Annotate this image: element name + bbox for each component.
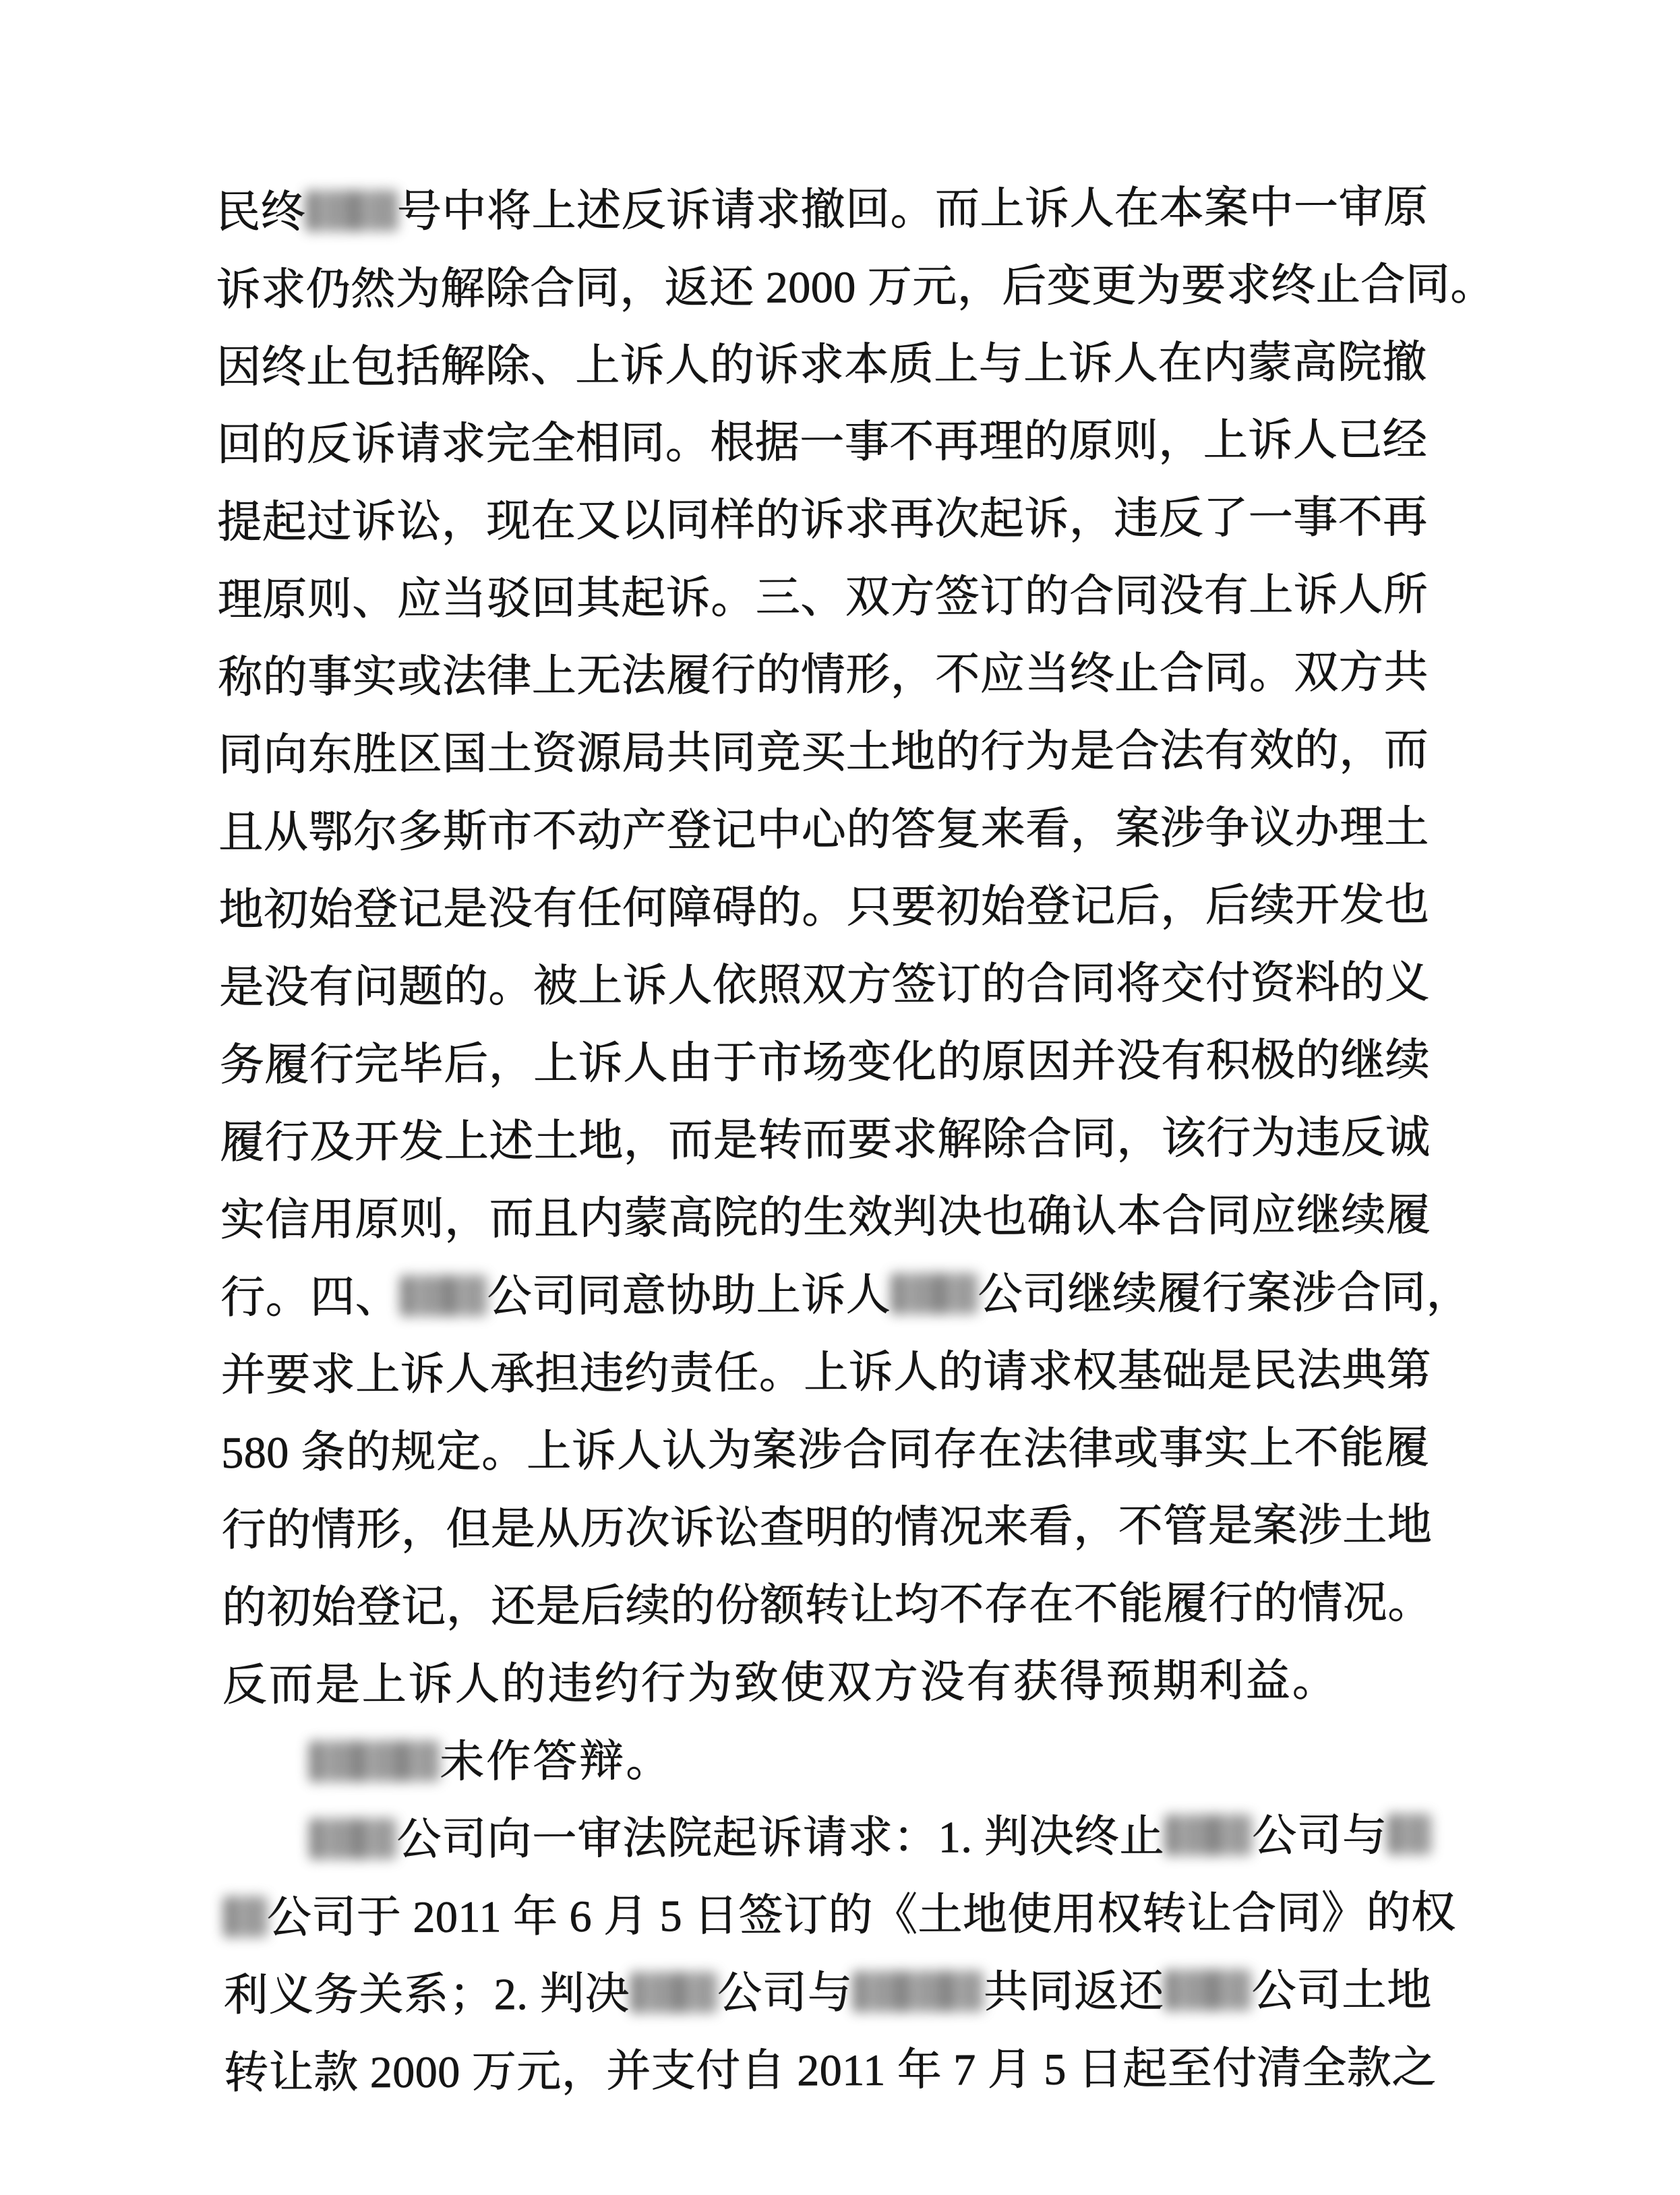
text-segment: 公司同意协助上诉人: [487, 1271, 891, 1322]
text-segment: 务履行完毕后，上诉人由于市场变化的原因并没有积极的继续: [220, 1035, 1431, 1090]
redaction-blur: [305, 190, 397, 231]
redaction-blur: [630, 1972, 717, 2013]
text-line: 并要求上诉人承担违约责任。上诉人的请求权基础是民法典第: [221, 1331, 1429, 1414]
text-line: 提起过诉讼，现在又以同样的诉求再次起诉，违反了一事不再: [217, 479, 1425, 562]
text-segment: 实信用原则，而且内蒙高院的生效判决也确认本合同应继续履: [220, 1191, 1431, 1245]
redaction-blur: [223, 1896, 267, 1937]
text-line: 称的事实或法律上无法履行的情形，不应当终止合同。双方共: [218, 634, 1426, 717]
text-segment: 并要求上诉人承担违约责任。上诉人的请求权基础是民法典第: [221, 1346, 1432, 1400]
redaction-blur: [309, 1740, 440, 1782]
redaction-blur: [400, 1275, 487, 1316]
text-segment: 的初始登记，还是后续的份额转让均不存在不能履行的情况。: [222, 1578, 1433, 1633]
text-segment: 履行及开发上述土地，而是转而要求解除合同，该行为违反诚: [220, 1113, 1431, 1168]
text-line: 利义务关系；2. 判决公司与共同返还公司土地: [224, 1952, 1432, 2035]
text-segment: 公司土地: [1251, 1966, 1432, 2016]
text-segment: 因终止包括解除、上诉人的诉求本质上与上诉人在内蒙高院撤: [216, 338, 1427, 392]
text-segment: 580 条的规定。上诉人认为案涉合同存在法律或事实上不能履: [221, 1423, 1429, 1478]
text-line: 诉求仍然为解除合同，返还 2000 万元，后变更为要求终止合同。: [216, 246, 1424, 329]
text-segment: 公司与: [1252, 1811, 1388, 1861]
text-segment: 同向东胜区国土资源局共同竞买土地的行为是合法有效的，而: [218, 725, 1429, 780]
text-line: 公司向一审法院起诉请求：1. 判决终止公司与: [223, 1797, 1431, 1880]
text-segment: 公司继续履行案涉合同，: [978, 1268, 1471, 1319]
text-line: 转让款 2000 万元，并支付自 2011 年 7 月 5 日起至付清全款之: [224, 2029, 1432, 2112]
text-segment: 共同返还: [984, 1967, 1164, 2017]
text-segment: 行。四、: [220, 1273, 400, 1323]
text-segment: 公司向一审法院起诉请求：1. 判决终止: [396, 1812, 1165, 1865]
text-segment: 反而是上诉人的违约行为致使双方没有获得预期利益。: [222, 1656, 1339, 1710]
text-segment: 利义务关系；2. 判决: [224, 1969, 630, 2020]
text-line: 履行及开发上述土地，而是转而要求解除合同，该行为违反诚: [220, 1099, 1428, 1182]
text-line: 实信用原则，而且内蒙高院的生效判决也确认本合同应继续履: [220, 1176, 1429, 1259]
text-segment: 转让款 2000 万元，并支付自 2011 年 7 月 5 日起至付清全款之: [224, 2043, 1437, 2098]
text-line: 580 条的规定。上诉人认为案涉合同存在法律或事实上不能履: [221, 1409, 1429, 1492]
text-segment: 号中将上述反诉请求撤回。而上诉人在本案中一审原: [397, 183, 1429, 237]
text-line: 是没有问题的。被上诉人依照双方签订的合同将交付资料的义: [219, 944, 1427, 1027]
document-page: 民终号中将上述反诉请求撤回。而上诉人在本案中一审原诉求仍然为解除合同，返还 20…: [0, 0, 1680, 2195]
text-segment: 回的反诉请求完全相同。根据一事不再理的原则，上诉人已经: [217, 415, 1428, 470]
text-segment: 提起过诉讼，现在又以同样的诉求再次起诉，违反了一事不再: [217, 493, 1428, 547]
text-segment: 理原则、应当驳回其起诉。三、双方签订的合同没有上诉人所: [218, 570, 1429, 625]
redaction-blur: [1164, 1969, 1252, 2010]
text-segment: 称的事实或法律上无法履行的情形，不应当终止合同。双方共: [218, 648, 1429, 702]
text-line: 未作答辩。: [222, 1719, 1431, 1802]
redaction-blur: [309, 1818, 397, 1859]
text-line: 回的反诉请求完全相同。根据一事不再理的原则，上诉人已经: [217, 401, 1425, 484]
redaction-blur: [1164, 1814, 1252, 1855]
redaction-blur: [891, 1273, 978, 1314]
text-line: 反而是上诉人的违约行为致使双方没有获得预期利益。: [222, 1642, 1431, 1724]
text-segment: 公司与: [717, 1968, 853, 2018]
text-segment: 未作答辩。: [440, 1737, 672, 1787]
text-segment: 且从鄂尔多斯市不动产登记中心的答复来看，案涉争议办理土: [218, 803, 1429, 858]
text-line: 行的情形，但是从历次诉讼查明的情况来看，不管是案涉土地: [222, 1486, 1430, 1569]
text-segment: 诉求仍然为解除合同，返还 2000 万元，后变更为要求终止合同。: [216, 260, 1495, 315]
text-line: 同向东胜区国土资源局共同竞买土地的行为是合法有效的，而: [218, 711, 1427, 794]
text-line: 的初始登记，还是后续的份额转让均不存在不能履行的情况。: [222, 1564, 1430, 1647]
text-segment: 地初始登记是没有任何障碍的。只要初始登记后，后续开发也: [219, 880, 1430, 935]
text-segment: 是没有问题的。被上诉人依照双方签订的合同将交付资料的义: [219, 958, 1430, 1013]
text-line: 公司于 2011 年 6 月 5 日签订的《土地使用权转让合同》的权: [223, 1874, 1431, 1957]
text-line: 民终号中将上述反诉请求撤回。而上诉人在本案中一审原: [216, 169, 1424, 251]
text-segment: 公司于 2011 年 6 月 5 日签订的《土地使用权转让合同》的权: [267, 1888, 1456, 1943]
text-line: 务履行完毕后，上诉人由于市场变化的原因并没有积极的继续: [220, 1021, 1428, 1104]
text-line: 地初始登记是没有任何障碍的。只要初始登记后，后续开发也: [219, 866, 1427, 949]
text-line: 且从鄂尔多斯市不动产登记中心的答复来看，案涉争议办理土: [218, 789, 1427, 872]
text-line: 因终止包括解除、上诉人的诉求本质上与上诉人在内蒙高院撤: [216, 324, 1424, 407]
text-line: 行。四、公司同意协助上诉人公司继续履行案涉合同，: [220, 1254, 1429, 1337]
text-segment: 行的情形，但是从历次诉讼查明的情况来看，不管是案涉土地: [222, 1501, 1433, 1555]
redaction-blur: [1387, 1813, 1431, 1855]
text-block: 民终号中将上述反诉请求撤回。而上诉人在本案中一审原诉求仍然为解除合同，返还 20…: [216, 169, 1433, 2112]
redaction-blur: [853, 1971, 984, 2012]
text-line: 理原则、应当驳回其起诉。三、双方签订的合同没有上诉人所: [218, 556, 1426, 639]
text-segment: 民终: [216, 187, 305, 237]
